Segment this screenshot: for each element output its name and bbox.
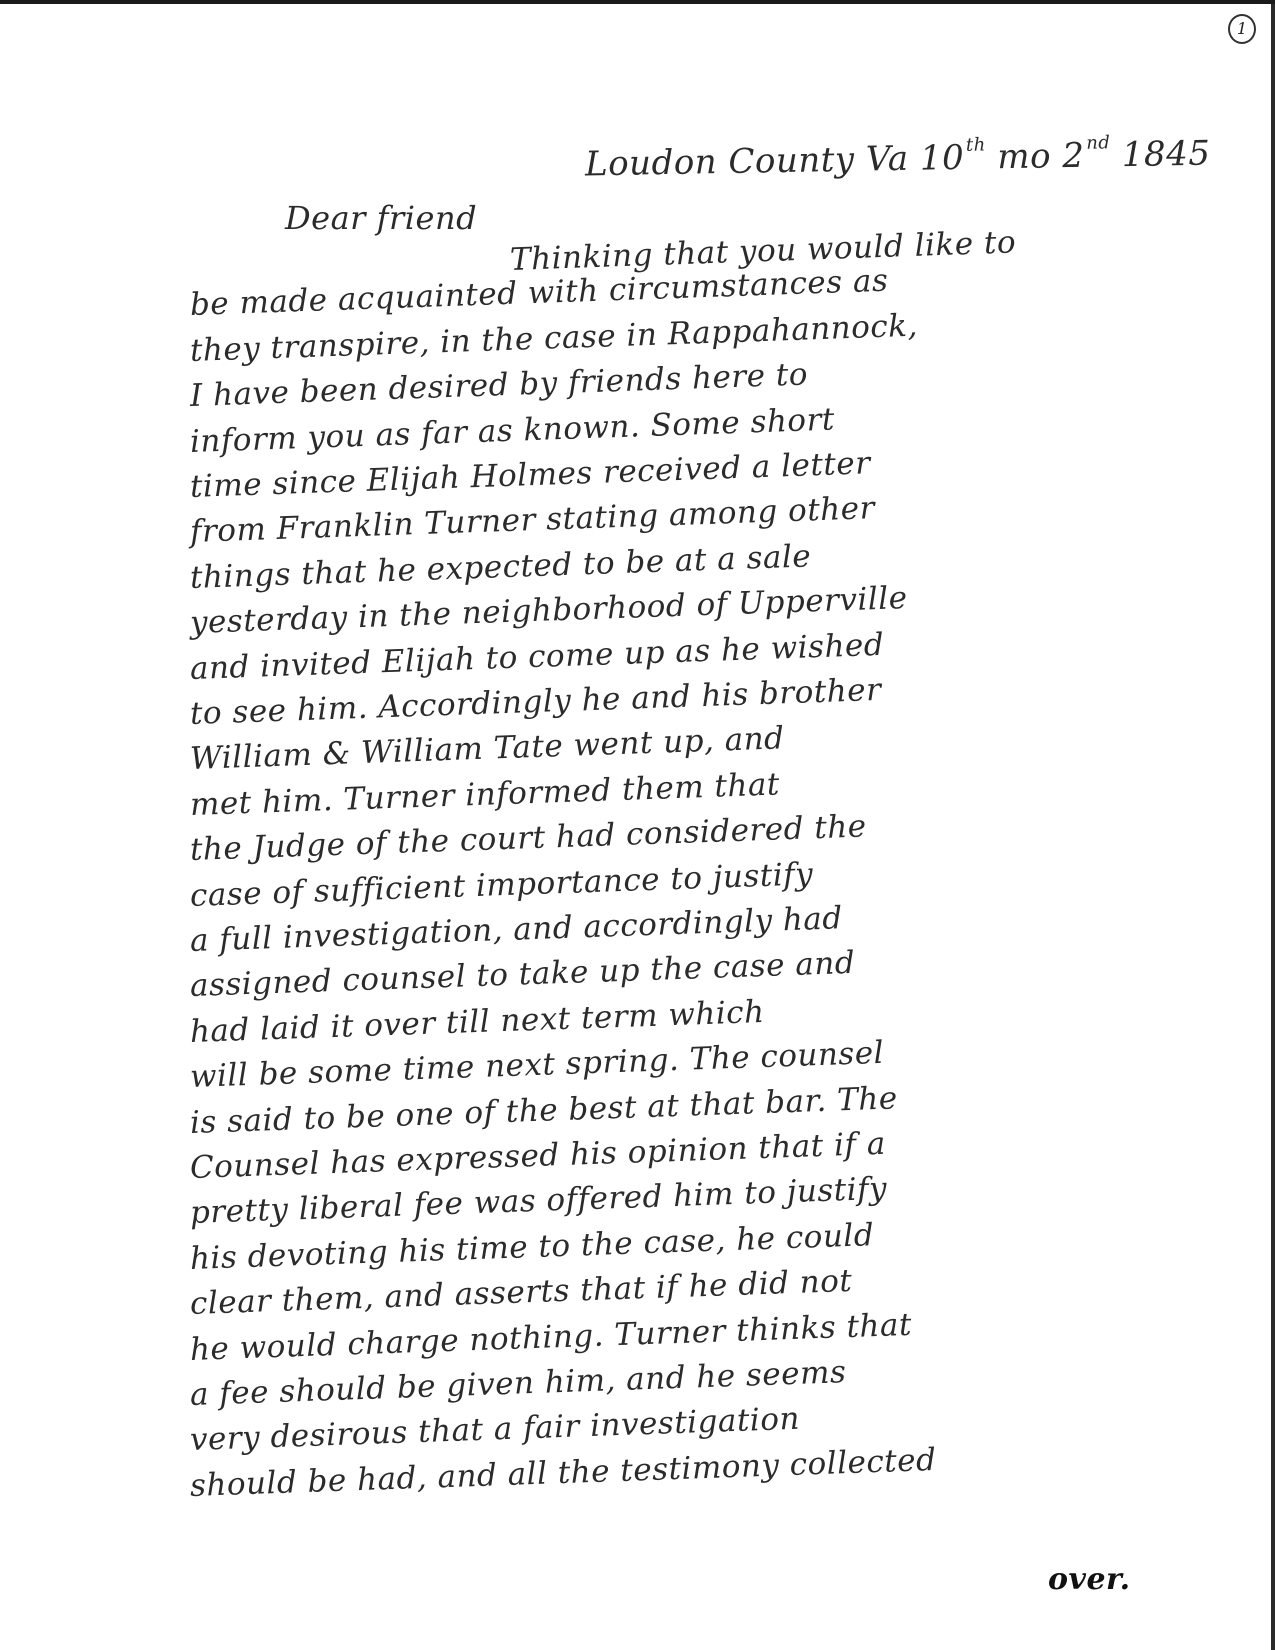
- heading-month-suffix: th: [966, 134, 986, 155]
- heading-day-num: 2: [1062, 136, 1085, 176]
- heading-year: 1845: [1122, 134, 1211, 176]
- letter-page: 1 Loudon County Va 10th mo 2nd 1845 Dear…: [0, 0, 1275, 1650]
- closing-note: over.: [1048, 1562, 1131, 1597]
- page-edge-border: [1271, 4, 1275, 1650]
- page-number-circle: 1: [1228, 14, 1256, 44]
- heading-day-suffix: nd: [1086, 132, 1110, 153]
- heading-place: Loudon County Va: [585, 139, 909, 185]
- heading-month-num: 10: [920, 138, 965, 179]
- heading-month-word: mo: [997, 136, 1051, 177]
- letter-heading: Loudon County Va 10th mo 2nd 1845: [585, 131, 1211, 185]
- salutation: Dear friend: [285, 199, 477, 237]
